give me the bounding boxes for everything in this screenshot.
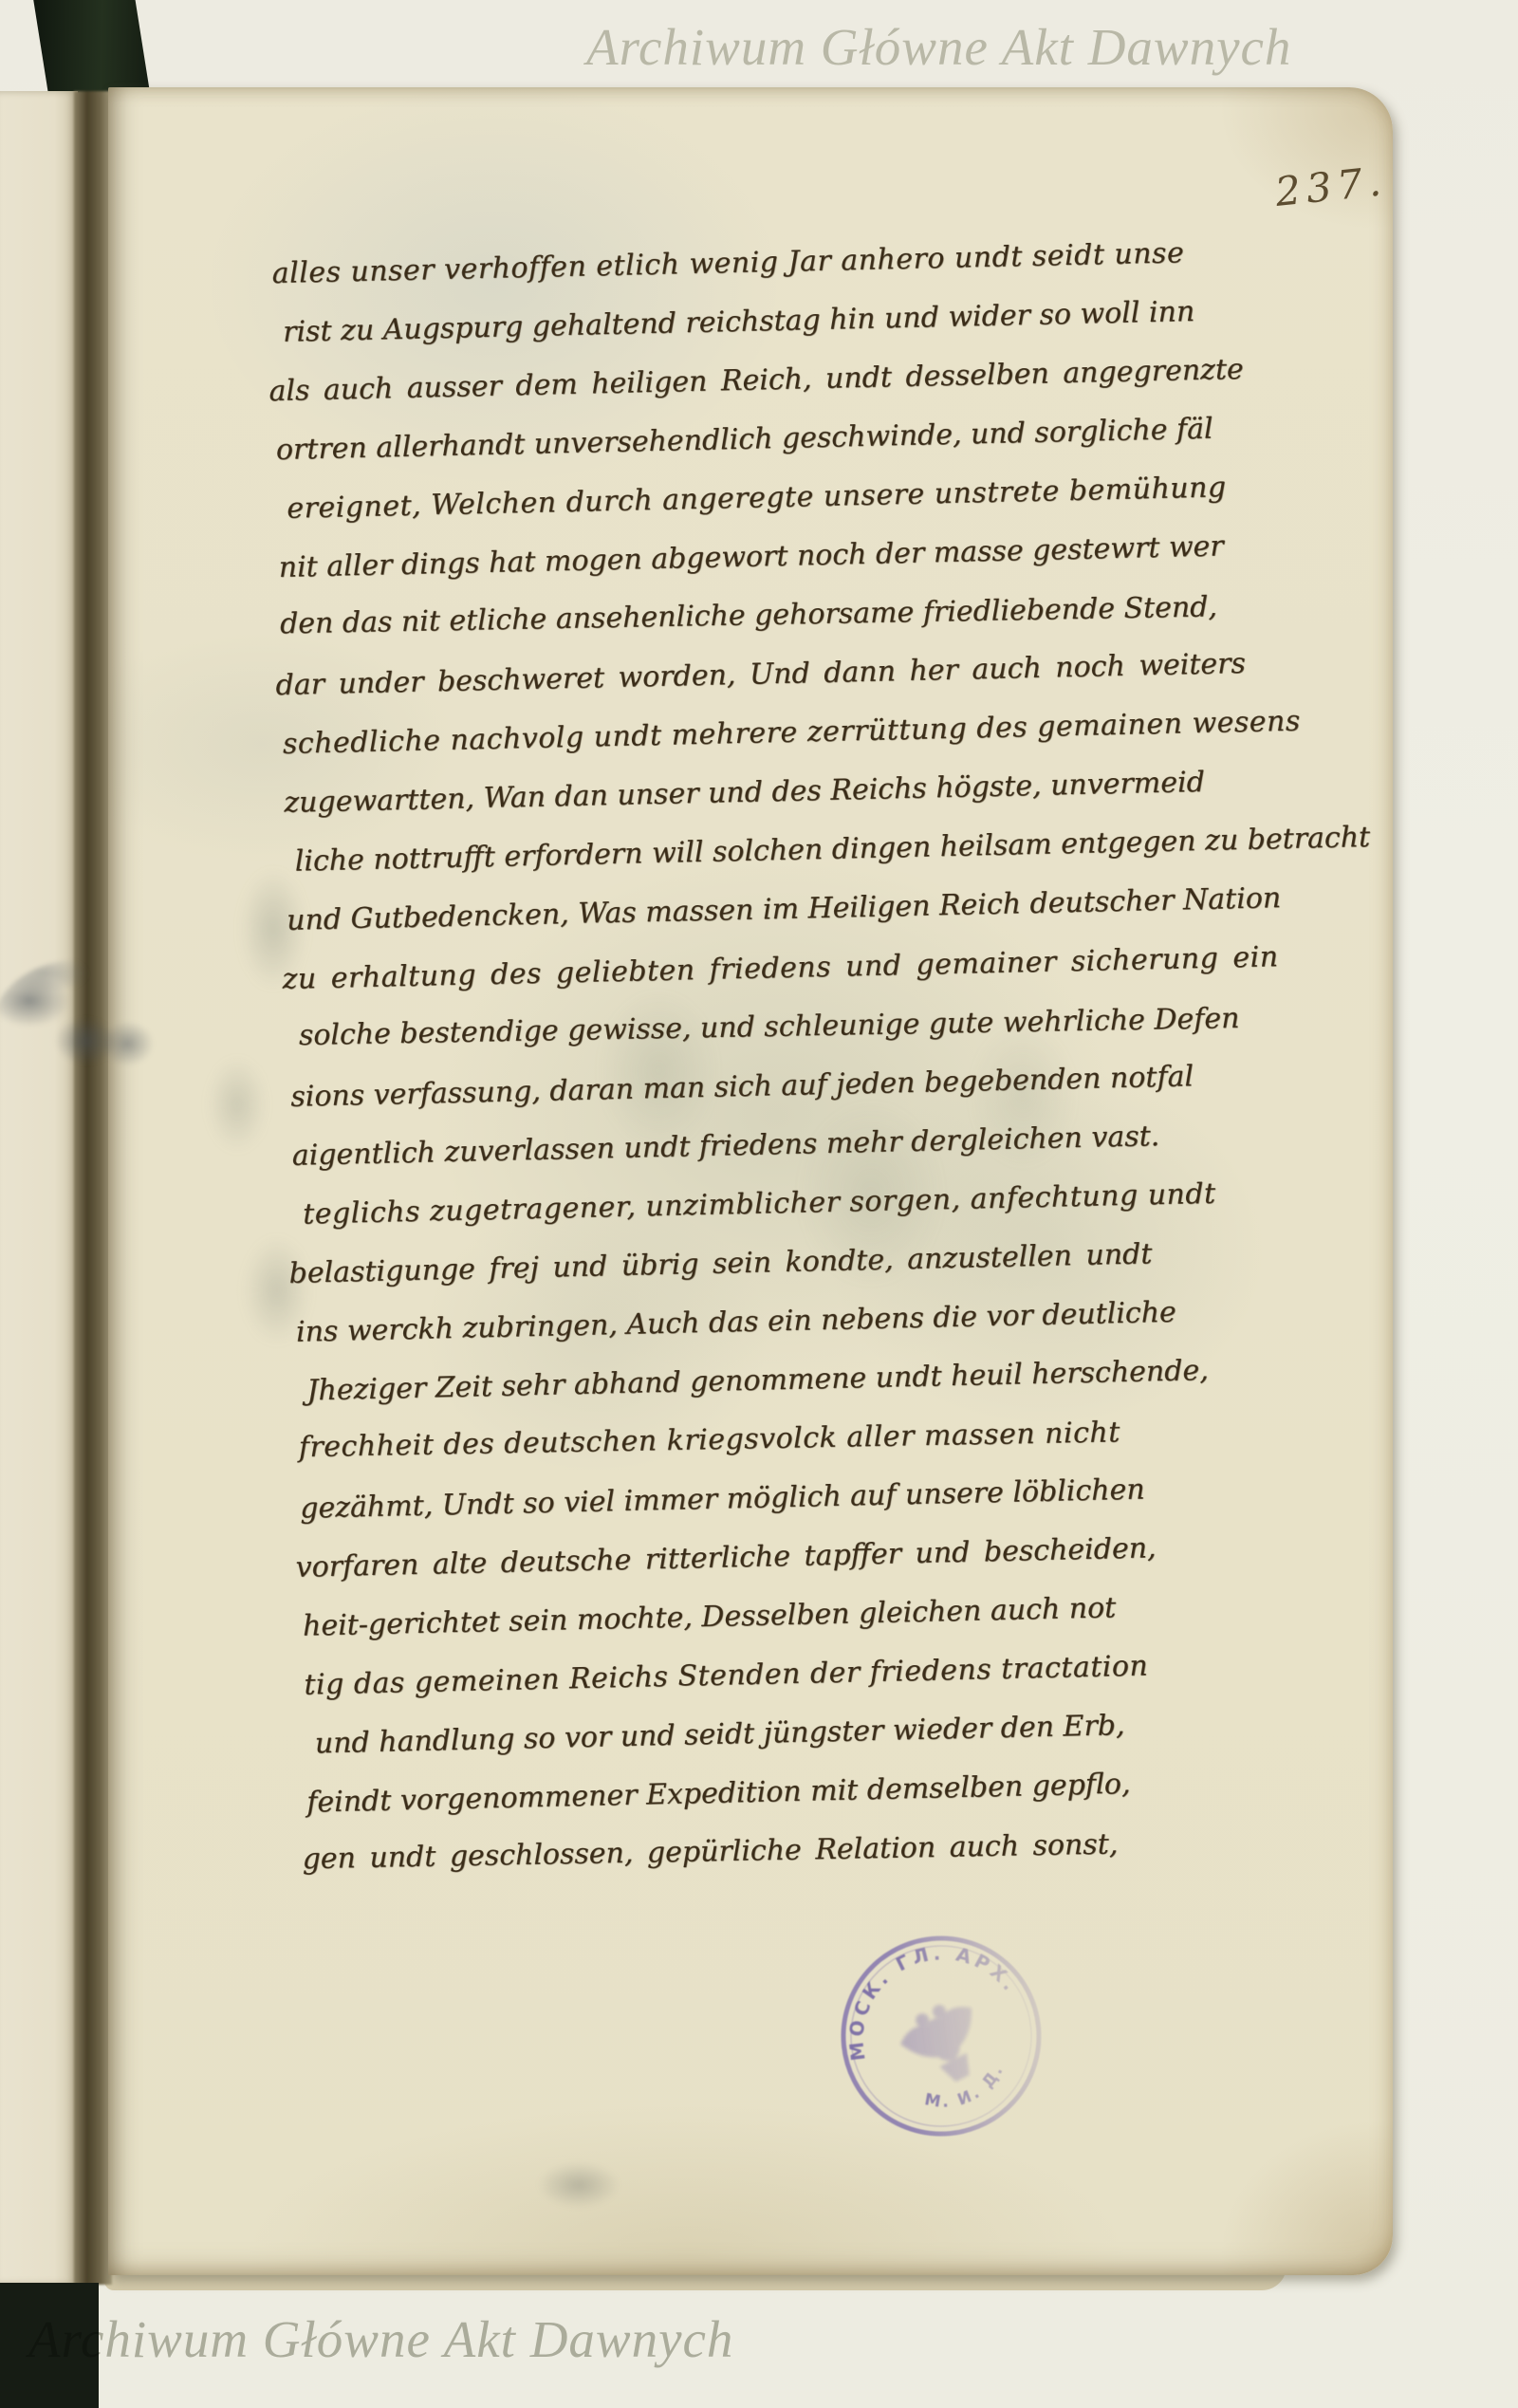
page-number: 237. bbox=[1273, 157, 1389, 215]
archive-watermark-bottom: Archiwum Główne Akt Dawnych bbox=[28, 2309, 733, 2369]
underlying-page-edge bbox=[0, 91, 78, 2285]
scanned-manuscript-view: Archiwum Główne Akt Dawnych 237. alles u… bbox=[0, 0, 1518, 2408]
gutter-shadow bbox=[74, 91, 112, 2285]
manuscript-text: alles unser verhoffen etlich wenig Jar a… bbox=[271, 220, 1390, 1891]
graphite-smudge-bottom bbox=[517, 2144, 640, 2226]
archive-stamp: МОСК. ГЛ. АРХ. М. И. Д. bbox=[798, 1893, 1083, 2178]
archive-watermark-top: Archiwum Główne Akt Dawnych bbox=[586, 17, 1291, 77]
ink-smudge-left-margin bbox=[0, 960, 161, 1095]
manuscript-page: 237. alles unser verhoffen etlich wenig … bbox=[108, 87, 1393, 2275]
